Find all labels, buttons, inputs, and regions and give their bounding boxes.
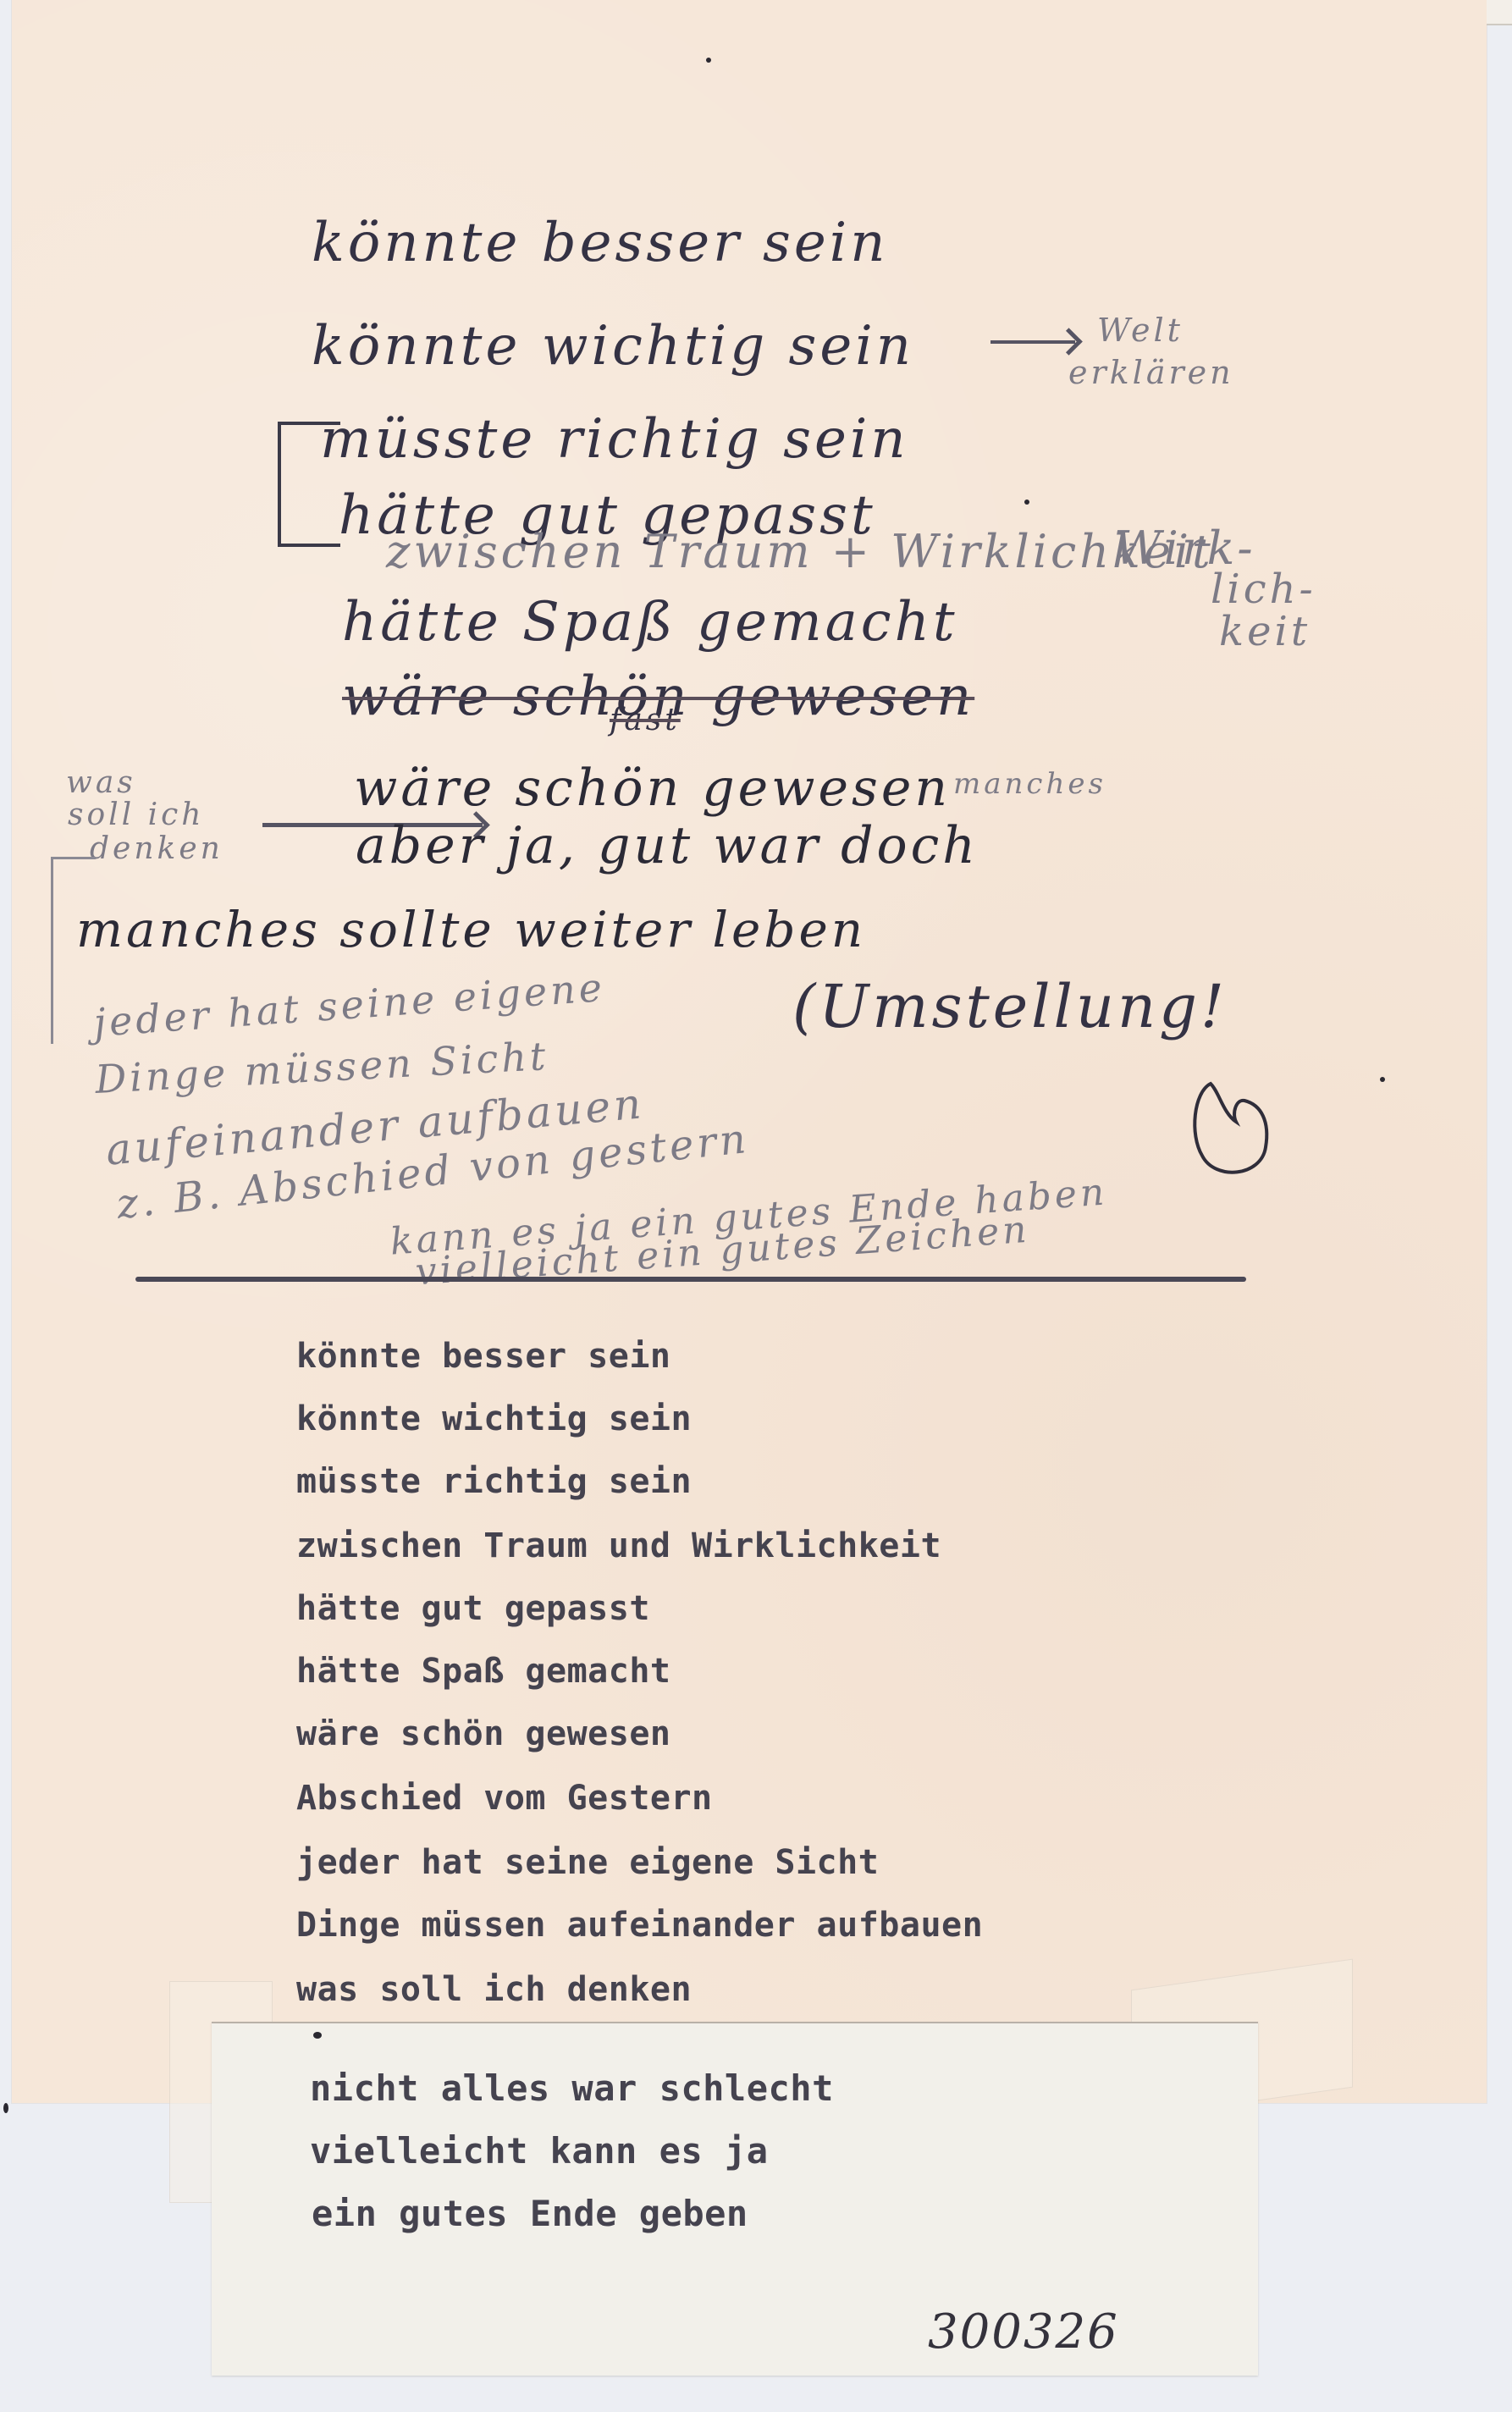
draft-line-3: müsste richtig sein [320,408,909,471]
draft-line-5: hätte Spaß gemacht [342,591,958,654]
divider-rule [135,1277,1246,1282]
heart-doodle-icon [1185,1075,1287,1185]
draft-line-7: aber ja, gut war doch [356,816,979,875]
margin-note-erklaeren: erklären [1068,354,1234,391]
ink-speck [706,58,711,63]
margin-note-keit: keit [1219,608,1311,655]
draft-insert-struck: fast [610,703,681,737]
slip-line-3: ein gutes Ende geben [312,2196,748,2232]
ink-speck [313,2032,322,2039]
typed-line-5: hätte gut gepasst [296,1592,650,1625]
typed-line-4: zwischen Traum und Wirklichkeit [296,1529,941,1563]
typed-line-6: hätte Spaß gemacht [296,1654,670,1688]
draft-line-1: könnte besser sein [312,212,888,274]
draft-line-6: wäre schön gewesen [354,759,951,818]
ink-speck [1024,500,1029,505]
typed-line-8: Abschied vom Gestern [296,1781,713,1815]
scan-edge-strip [1487,0,1512,25]
typed-line-7: wäre schön gewesen [296,1717,670,1751]
move-bracket-icon [278,422,340,547]
margin-note-was: was [66,765,136,800]
margin-note-umstellung: (Umstellung! [792,972,1228,1041]
margin-note-welt: Welt [1097,312,1184,349]
draft-insert-manches: manches [953,767,1106,801]
slip-line-2: vielleicht kann es ja [310,2133,769,2169]
draft-insert-zwischen: zwischen Traum + Wirklichkeit [386,525,1214,578]
ink-speck [1380,1077,1385,1082]
typed-line-2: könnte wichtig sein [296,1402,692,1436]
margin-note-lich: lich- [1211,566,1316,613]
archive-number: 300326 [928,2304,1119,2360]
typed-line-9: jeder hat seine eigene Sicht [296,1846,879,1879]
typed-line-1: könnte besser sein [296,1339,670,1373]
typed-line-10: Dinge müssen aufeinander aufbauen [296,1908,983,1942]
margin-note-soll-ich: soll ich [68,798,204,832]
draft-line-8: manches sollte weiter leben [76,901,866,958]
slip-line-1: nicht alles war schlecht [310,2071,834,2106]
margin-note-denken: denken [90,831,223,866]
ink-speck [3,2103,8,2113]
arrow-icon [991,340,1075,344]
typed-line-3: müsste richtig sein [296,1465,692,1499]
draft-line-2: könnte wichtig sein [312,315,914,378]
typed-line-11: was soll ich denken [296,1973,692,2006]
